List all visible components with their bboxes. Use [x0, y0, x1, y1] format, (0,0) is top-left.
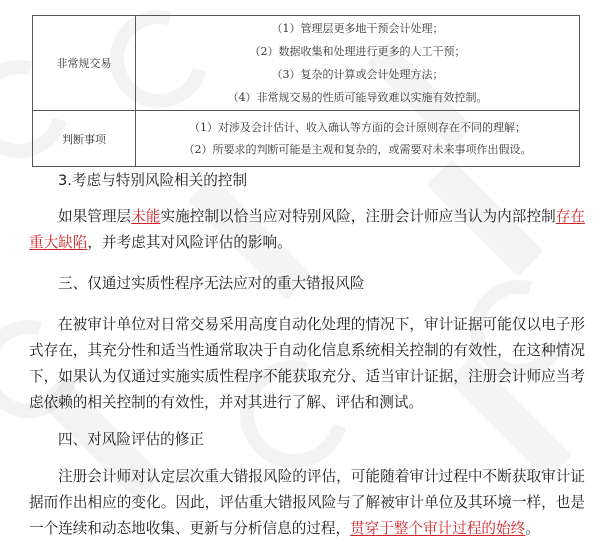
text-run: 如果管理层: [58, 208, 131, 225]
text-run: 实施控制以恰当应对特别风险，注册会计师应当认为内部控制: [160, 208, 555, 225]
row-content: （1）管理层更多地干预会计处理； （2）数据收集和处理进行更多的人工干预； （3…: [136, 16, 580, 111]
risk-factors-table: 非常规交易 （1）管理层更多地干预会计处理； （2）数据收集和处理进行更多的人工…: [32, 15, 580, 167]
list-item: （3）复杂的计算或会计处理方法；: [136, 63, 579, 86]
list-item: （4）非常规交易的性质可能导致难以实施有效控制。: [136, 86, 579, 109]
document-body: 3.考虑与特别风险相关的控制 如果管理层未能实施控制以恰当应对特别风险，注册会计…: [29, 168, 585, 542]
list-item: （1）管理层更多地干预会计处理；: [136, 17, 579, 40]
table-row: 判断事项 （1）对涉及会计估计、收入确认等方面的会计原则存在不同的理解； （2）…: [33, 111, 580, 167]
paragraph: 注册会计师对认定层次重大错报风险的评估，可能随着审计过程中不断获取审计证据而作出…: [29, 464, 585, 542]
text-run: ，并考虑其对风险评估的影响。: [87, 234, 291, 251]
text-run: 。: [525, 520, 540, 537]
list-item: （2）数据收集和处理进行更多的人工干预；: [136, 40, 579, 63]
section-heading: 四、对风险评估的修正: [29, 427, 585, 453]
list-item: （2）所要求的判断可能是主观和复杂的，或需要对未来事项作出假设。: [136, 139, 579, 161]
paragraph: 在被审计单位对日常交易采用高度自动化处理的情况下，审计证据可能仅以电子形式存在，…: [29, 312, 585, 416]
highlighted-text: 贯穿于整个审计过程的始终: [350, 520, 525, 537]
table-row: 非常规交易 （1）管理层更多地干预会计处理； （2）数据收集和处理进行更多的人工…: [33, 16, 580, 111]
paragraph: 如果管理层未能实施控制以恰当应对特别风险，注册会计师应当认为内部控制存在重大缺陷…: [29, 204, 585, 256]
section-heading: 3.考虑与特别风险相关的控制: [29, 168, 585, 194]
highlighted-text: 未能: [131, 208, 160, 225]
section-heading: 三、仅通过实质性程序无法应对的重大错报风险: [29, 271, 585, 297]
list-item: （1）对涉及会计估计、收入确认等方面的会计原则存在不同的理解；: [136, 117, 579, 139]
row-label: 判断事项: [33, 111, 136, 167]
row-label: 非常规交易: [33, 16, 136, 111]
row-content: （1）对涉及会计估计、收入确认等方面的会计原则存在不同的理解； （2）所要求的判…: [136, 111, 580, 167]
